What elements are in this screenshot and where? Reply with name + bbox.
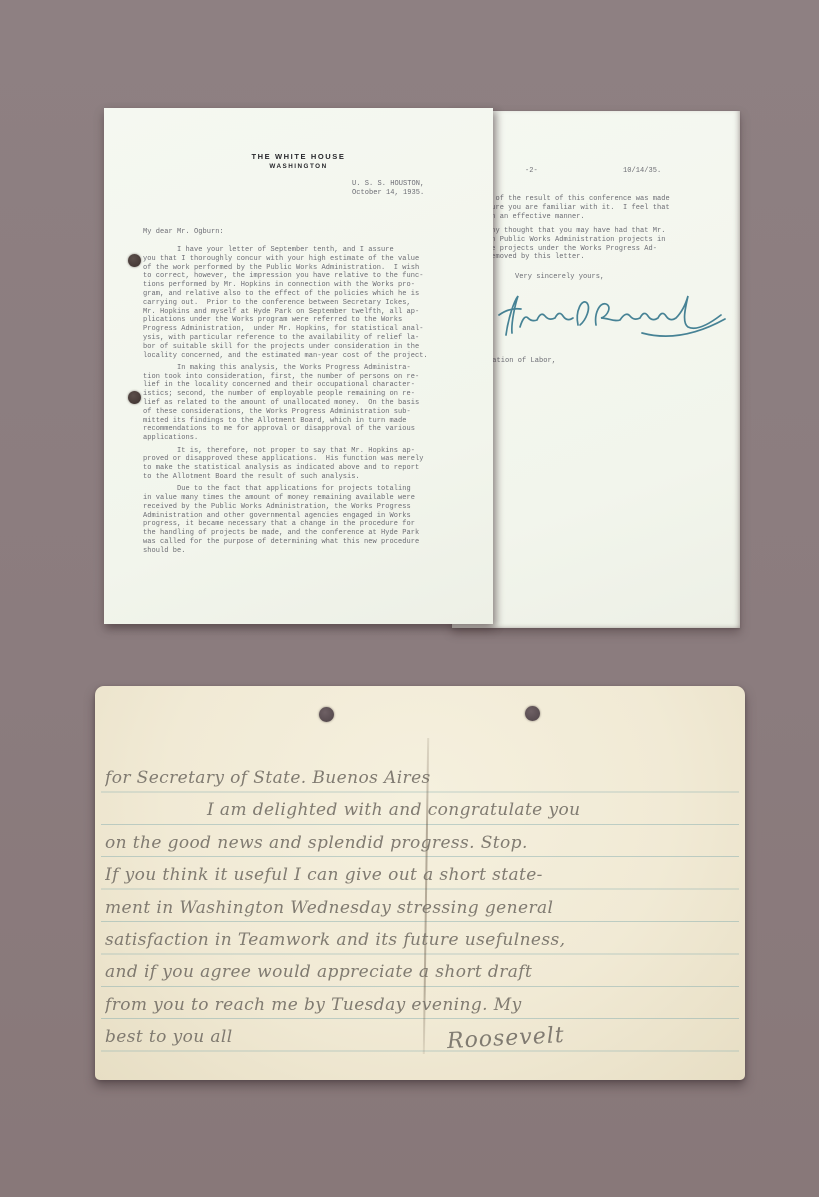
letter-body: I have your letter of September tenth, a… bbox=[143, 246, 428, 559]
punch-hole bbox=[128, 391, 141, 404]
photo-canvas: -2- 10/14/35. t of the result of this co… bbox=[0, 0, 819, 1197]
handwriting-line: satisfaction in Teamwork and its future … bbox=[105, 924, 739, 956]
dateline: U. S. S. HOUSTON, October 14, 1935. bbox=[352, 180, 424, 198]
punch-hole bbox=[525, 706, 540, 721]
page2-paragraph-fragment-2: any thought that you may have had that M… bbox=[487, 227, 666, 262]
paragraph-4: Due to the fact that applications for pr… bbox=[143, 485, 428, 555]
letter-closing: Very sincerely yours, bbox=[515, 273, 604, 282]
address-fragment: ration of Labor, bbox=[488, 357, 556, 366]
handwritten-note: for Secretary of State. Buenos Aires I a… bbox=[95, 686, 745, 1080]
letterhead: THE WHITE HOUSE WASHINGTON bbox=[104, 152, 493, 170]
page-number: -2- bbox=[525, 167, 538, 176]
paragraph-2: In making this analysis, the Works Progr… bbox=[143, 364, 428, 443]
handwriting-line: I am delighted with and congratulate you bbox=[105, 794, 739, 826]
letter-page-1: THE WHITE HOUSE WASHINGTON U. S. S. HOUS… bbox=[104, 108, 493, 624]
handwriting-line: for Secretary of State. Buenos Aires bbox=[105, 762, 739, 794]
letterhead-line2: WASHINGTON bbox=[104, 163, 493, 170]
fdr-signature bbox=[492, 287, 730, 353]
paragraph-3: It is, therefore, not proper to say that… bbox=[143, 447, 428, 482]
fdr-signature-ink bbox=[492, 287, 730, 353]
handwriting-line: ment in Washington Wednesday stressing g… bbox=[105, 892, 739, 924]
salutation: My dear Mr. Ogburn: bbox=[143, 228, 224, 237]
handwriting-line: on the good news and splendid progress. … bbox=[105, 827, 739, 859]
handwriting-line: best to you all bbox=[105, 1021, 739, 1053]
handwriting-line: and if you agree would appreciate a shor… bbox=[105, 956, 739, 988]
page2-paragraph-fragment-1: t of the result of this conference was m… bbox=[487, 195, 670, 221]
handwriting: for Secretary of State. Buenos Aires I a… bbox=[105, 762, 739, 1054]
letter-page-2: -2- 10/14/35. t of the result of this co… bbox=[452, 111, 740, 628]
handwriting-line: from you to reach me by Tuesday evening.… bbox=[105, 989, 739, 1021]
punch-hole bbox=[128, 254, 141, 267]
page2-date-header: 10/14/35. bbox=[623, 167, 661, 176]
punch-hole bbox=[319, 707, 334, 722]
handwriting-line: If you think it useful I can give out a … bbox=[105, 859, 739, 891]
letterhead-line1: THE WHITE HOUSE bbox=[104, 152, 493, 161]
paragraph-1: I have your letter of September tenth, a… bbox=[143, 246, 428, 360]
